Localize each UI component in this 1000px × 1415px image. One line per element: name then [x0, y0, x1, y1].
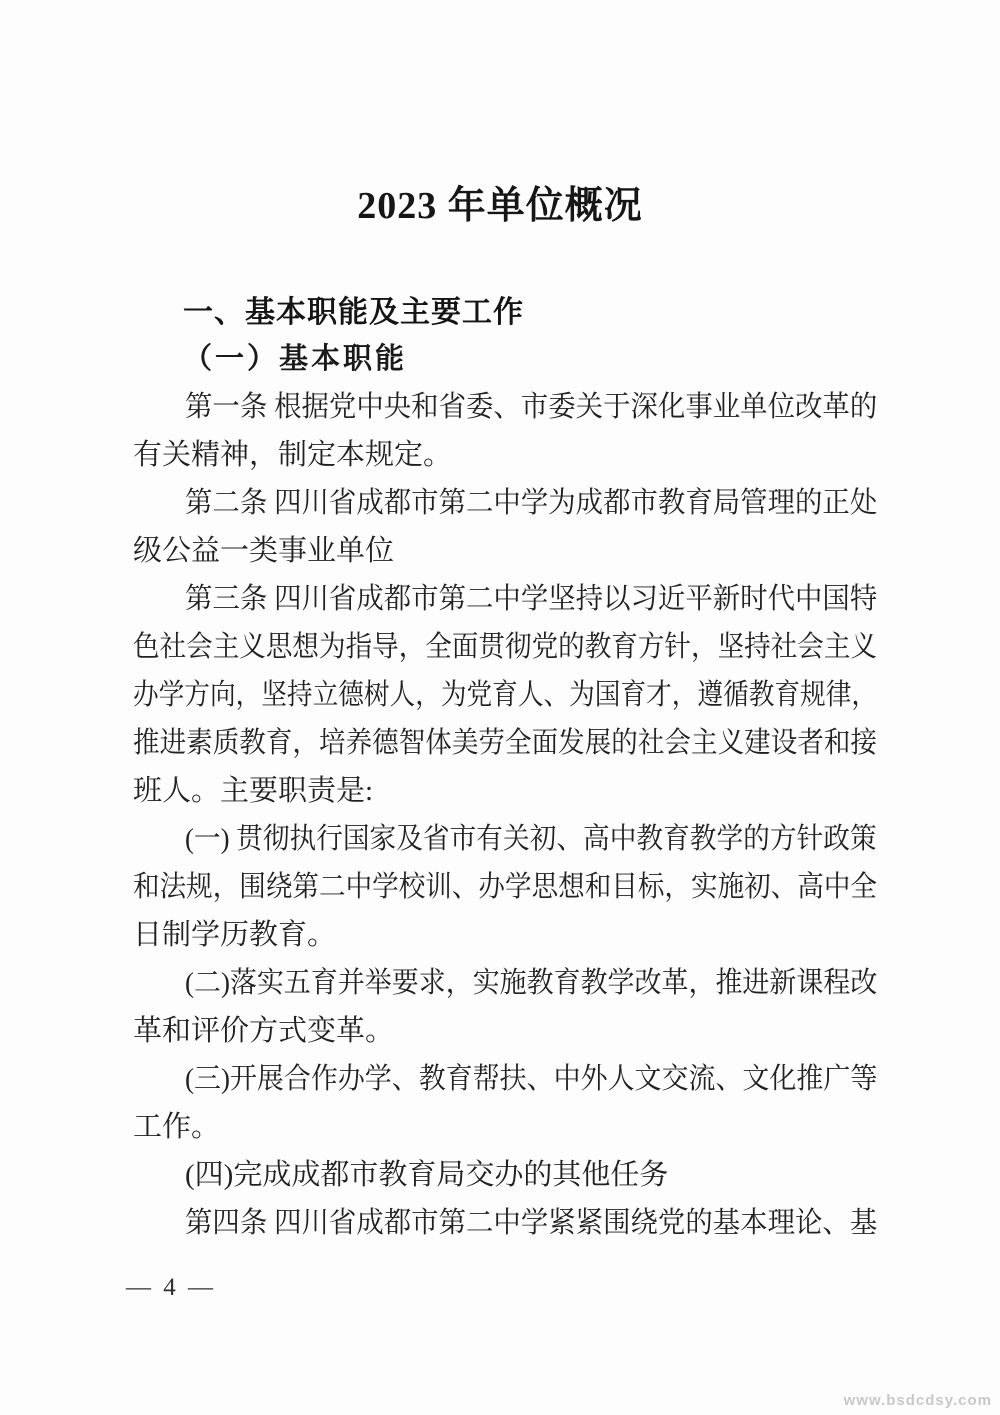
body-line: 办学方向，坚持立德树人，为党育人、为国育才，遵循教育规律， [133, 671, 877, 719]
body-line: 日制学历教育。 [133, 911, 877, 959]
body-line: 有关精神，制定本规定。 [133, 431, 877, 479]
body-line: 革和评价方式变革。 [133, 1007, 877, 1055]
body-line: 推进素质教育，培养德智体美劳全面发展的社会主义建设者和接 [133, 719, 877, 767]
body-line: (一) 贯彻执行国家及省市有关初、高中教育教学的方针政策 [133, 815, 877, 863]
body-text: 第一条 根据党中央和省委、市委关于深化事业单位改革的有关精神，制定本规定。第二条… [133, 383, 877, 1247]
body-line: 工作。 [133, 1103, 877, 1151]
body-line: 第一条 根据党中央和省委、市委关于深化事业单位改革的 [133, 383, 877, 431]
body-line: (三)开展合作办学、教育帮扶、中外人文交流、文化推广等 [133, 1055, 877, 1103]
body-line: 和法规，围绕第二中学校训、办学思想和目标，实施初、高中全 [133, 863, 877, 911]
sub-heading: （一）基本职能 [183, 336, 407, 377]
body-line: 色社会主义思想为指导，全面贯彻党的教育方针，坚持社会主义 [133, 623, 877, 671]
body-line: (四)完成成都市教育局交办的其他任务 [133, 1151, 877, 1199]
body-line: 第二条 四川省成都市第二中学为成都市教育局管理的正处 [133, 479, 877, 527]
page-title: 2023 年单位概况 [0, 174, 1000, 229]
watermark: www.bsdcdsy.com [844, 1392, 992, 1409]
section-heading: 一、基本职能及主要工作 [183, 287, 524, 331]
body-line: (二)落实五育并举要求，实施教育教学改革，推进新课程改 [133, 959, 877, 1007]
body-line: 班人。主要职责是: [133, 767, 877, 815]
body-line: 级公益一类事业单位 [133, 527, 877, 575]
page-number: — 4 — [126, 1274, 216, 1302]
body-line: 第四条 四川省成都市第二中学紧紧围绕党的基本理论、基 [133, 1199, 877, 1247]
body-line: 第三条 四川省成都市第二中学坚持以习近平新时代中国特 [133, 575, 877, 623]
document-page: 2023 年单位概况 一、基本职能及主要工作 （一）基本职能 第一条 根据党中央… [0, 0, 1000, 1415]
